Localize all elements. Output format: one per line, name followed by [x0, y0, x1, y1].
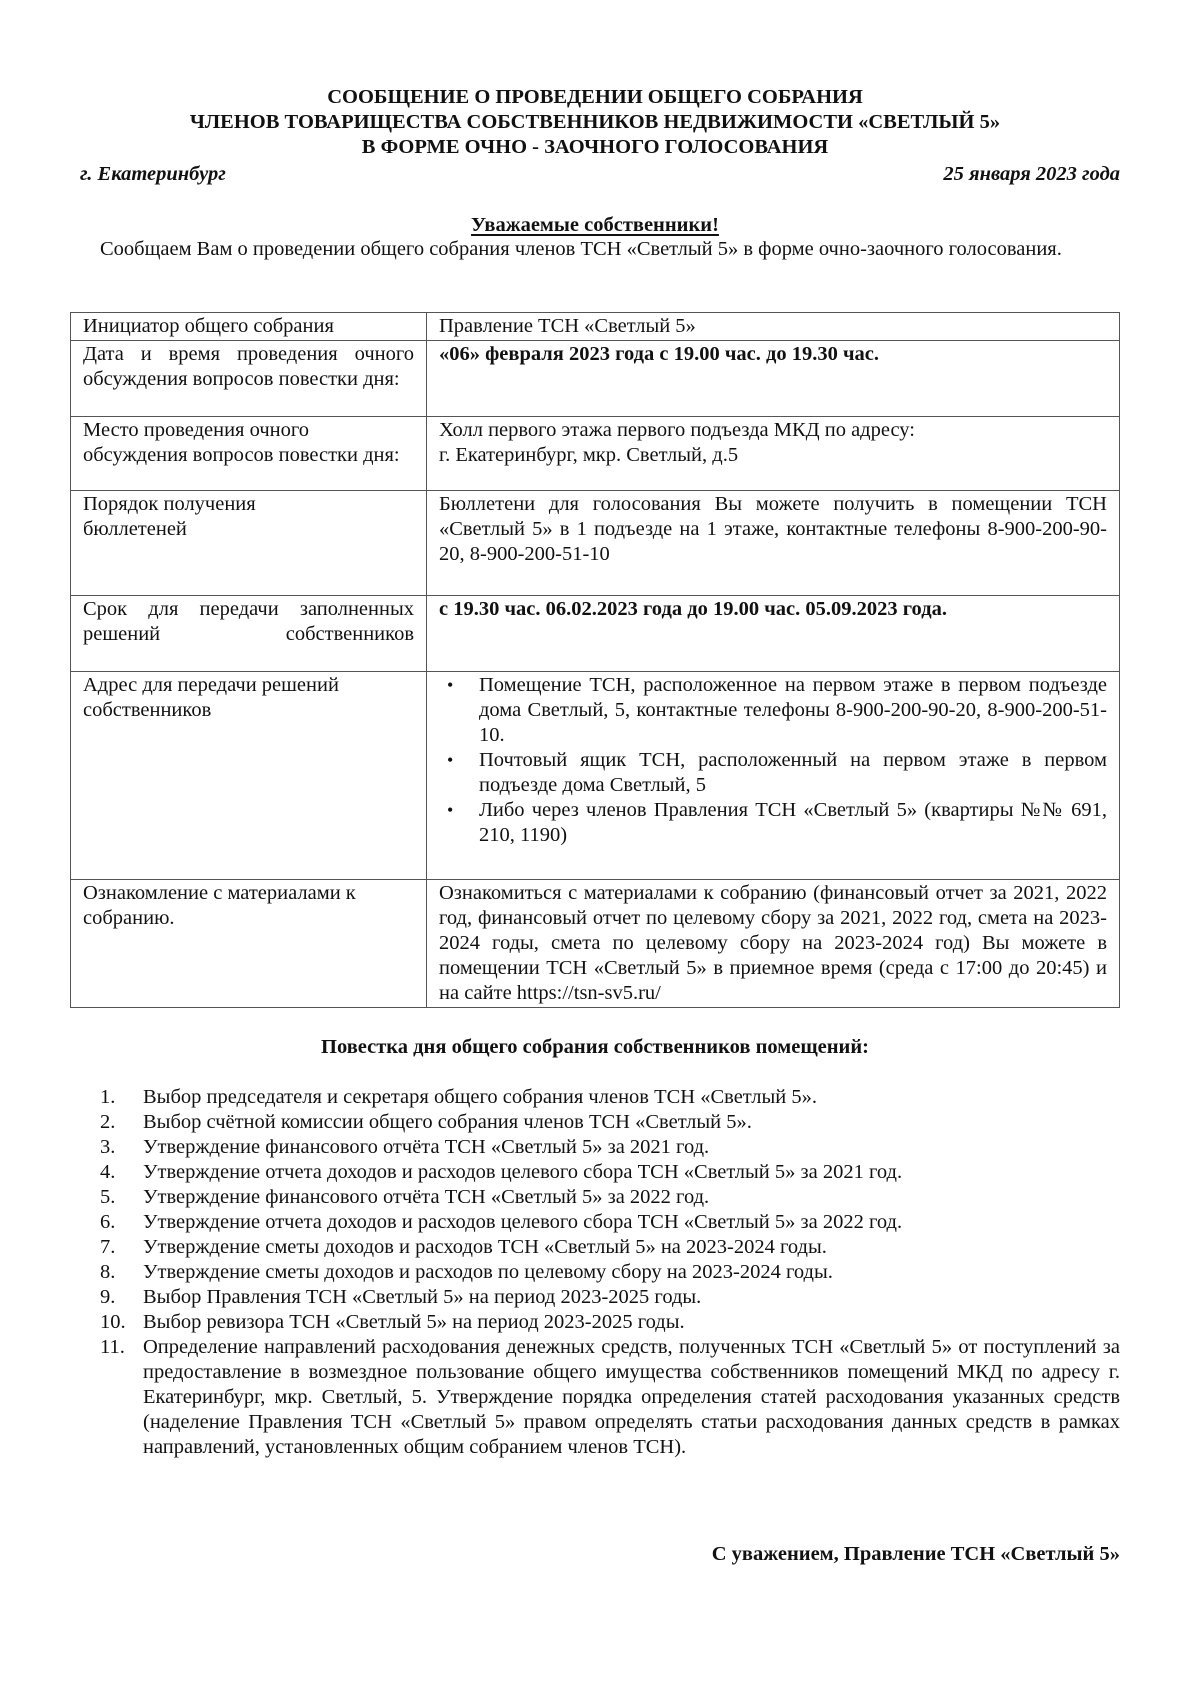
row-label: Адрес для передачи решений собственников — [71, 672, 427, 880]
row-label: Порядок получения бюллетеней — [71, 491, 427, 596]
agenda-item-text: Выбор Правления ТСН «Светлый 5» на перио… — [143, 1286, 701, 1308]
agenda-item-text: Выбор председателя и секретаря общего со… — [143, 1086, 817, 1108]
row-label: Срок для передачи заполненных решений со… — [71, 596, 427, 672]
row-label-text: Срок для передачи заполненных решений со… — [83, 598, 414, 645]
city: г. Екатеринбург — [80, 162, 226, 187]
list-item: • Почтовый ящик ТСН, расположенный на пе… — [439, 748, 1107, 798]
intro-paragraph: Сообщаем Вам о проведении общего собрани… — [70, 237, 1120, 262]
agenda-item: 9.Выбор Правления ТСН «Светлый 5» на пер… — [100, 1285, 1120, 1310]
agenda-item: 3.Утверждение финансового отчёта ТСН «Св… — [100, 1135, 1120, 1160]
document-title: СООБЩЕНИЕ О ПРОВЕДЕНИИ ОБЩЕГО СОБРАНИЯ Ч… — [70, 85, 1120, 160]
agenda-item-number: 10. — [100, 1310, 126, 1335]
agenda-item: 7.Утверждение сметы доходов и расходов Т… — [100, 1235, 1120, 1260]
row-value: Холл первого этажа первого подъезда МКД … — [427, 417, 1120, 491]
agenda-item-number: 7. — [100, 1235, 115, 1260]
list-item-text: Почтовый ящик ТСН, расположенный на перв… — [479, 749, 1107, 796]
agenda-item-number: 4. — [100, 1160, 115, 1185]
row-label: Дата и время проведения очного обсуждени… — [71, 341, 427, 417]
meeting-info-table: Инициатор общего собрания Правление ТСН … — [70, 312, 1120, 1008]
title-line: СООБЩЕНИЕ О ПРОВЕДЕНИИ ОБЩЕГО СОБРАНИЯ — [70, 85, 1120, 110]
table-row: Дата и время проведения очного обсуждени… — [71, 341, 1120, 417]
list-item-text: Либо через членов Правления ТСН «Светлый… — [479, 799, 1107, 846]
agenda-item-text: Утверждение финансового отчёта ТСН «Свет… — [143, 1186, 709, 1208]
list-item-text: Помещение ТСН, расположенное на первом э… — [479, 674, 1107, 746]
agenda-item-text: Выбор ревизора ТСН «Светлый 5» на период… — [143, 1311, 685, 1333]
row-label: Место проведения очного обсуждения вопро… — [71, 417, 427, 491]
agenda-item: 1.Выбор председателя и секретаря общего … — [100, 1085, 1120, 1110]
bullet-icon: • — [447, 748, 453, 773]
agenda-item-number: 5. — [100, 1185, 115, 1210]
document-date: 25 января 2023 года — [943, 162, 1120, 187]
place-date-row: г. Екатеринбург 25 января 2023 года — [80, 162, 1120, 187]
greeting: Уважаемые собственники! — [70, 213, 1120, 238]
agenda-item: 4.Утверждение отчета доходов и расходов … — [100, 1160, 1120, 1185]
agenda-item: 8.Утверждение сметы доходов и расходов п… — [100, 1260, 1120, 1285]
table-row: Срок для передачи заполненных решений со… — [71, 596, 1120, 672]
agenda-item-text: Утверждение финансового отчёта ТСН «Свет… — [143, 1136, 709, 1158]
agenda-item-text: Утверждение сметы доходов и расходов по … — [143, 1261, 833, 1283]
bullet-icon: • — [447, 673, 453, 698]
row-value: «06» февраля 2023 года с 19.00 час. до 1… — [427, 341, 1120, 417]
agenda-item: 2.Выбор счётной комиссии общего собрания… — [100, 1110, 1120, 1135]
agenda-item: 6.Утверждение отчета доходов и расходов … — [100, 1210, 1120, 1235]
value-line: Холл первого этажа первого подъезда МКД … — [439, 418, 1107, 443]
agenda-item-number: 11. — [100, 1335, 125, 1360]
row-value: с 19.30 час. 06.02.2023 года до 19.00 ча… — [427, 596, 1120, 672]
row-value: Правление ТСН «Светлый 5» — [427, 313, 1120, 341]
row-label: Ознакомление с материалами к собранию. — [71, 880, 427, 1008]
agenda-item-text: Утверждение отчета доходов и расходов це… — [143, 1161, 902, 1183]
row-value: Ознакомиться с материалами к собранию (ф… — [427, 880, 1120, 1008]
signature: С уважением, Правление ТСН «Светлый 5» — [712, 1542, 1120, 1567]
agenda-item: 10.Выбор ревизора ТСН «Светлый 5» на пер… — [100, 1310, 1120, 1335]
table-row: Инициатор общего собрания Правление ТСН … — [71, 313, 1120, 341]
title-line: ЧЛЕНОВ ТОВАРИЩЕСТВА СОБСТВЕННИКОВ НЕДВИЖ… — [70, 110, 1120, 135]
row-value: • Помещение ТСН, расположенное на первом… — [427, 672, 1120, 880]
list-item: • Помещение ТСН, расположенное на первом… — [439, 673, 1107, 748]
bullet-icon: • — [447, 798, 453, 823]
list-item: • Либо через членов Правления ТСН «Светл… — [439, 798, 1107, 848]
agenda-item-text: Утверждение сметы доходов и расходов ТСН… — [143, 1236, 827, 1258]
table-row: Ознакомление с материалами к собранию. О… — [71, 880, 1120, 1008]
value-line: г. Екатеринбург, мкр. Светлый, д.5 — [439, 443, 1107, 468]
agenda-item-number: 9. — [100, 1285, 115, 1310]
row-label: Инициатор общего собрания — [71, 313, 427, 341]
agenda-item-number: 6. — [100, 1210, 115, 1235]
agenda-item: 11.Определение направлений расходования … — [100, 1335, 1120, 1460]
table-row: Адрес для передачи решений собственников… — [71, 672, 1120, 880]
agenda-item-number: 1. — [100, 1085, 115, 1110]
table-row: Порядок получения бюллетеней Бюллетени д… — [71, 491, 1120, 596]
submission-address-list: • Помещение ТСН, расположенное на первом… — [439, 673, 1107, 848]
agenda-item: 5.Утверждение финансового отчёта ТСН «Св… — [100, 1185, 1120, 1210]
agenda-item-text: Утверждение отчета доходов и расходов це… — [143, 1211, 902, 1233]
agenda-list: 1.Выбор председателя и секретаря общего … — [100, 1085, 1120, 1460]
agenda-item-text: Выбор счётной комиссии общего собрания ч… — [143, 1111, 752, 1133]
agenda-title: Повестка дня общего собрания собственник… — [70, 1035, 1120, 1060]
agenda-item-number: 3. — [100, 1135, 115, 1160]
agenda-item-text: Определение направлений расходования ден… — [143, 1336, 1120, 1458]
agenda-item-number: 8. — [100, 1260, 115, 1285]
table-row: Место проведения очного обсуждения вопро… — [71, 417, 1120, 491]
agenda-item-number: 2. — [100, 1110, 115, 1135]
title-line: В ФОРМЕ ОЧНО - ЗАОЧНОГО ГОЛОСОВАНИЯ — [70, 135, 1120, 160]
row-value: Бюллетени для голосования Вы можете полу… — [427, 491, 1120, 596]
